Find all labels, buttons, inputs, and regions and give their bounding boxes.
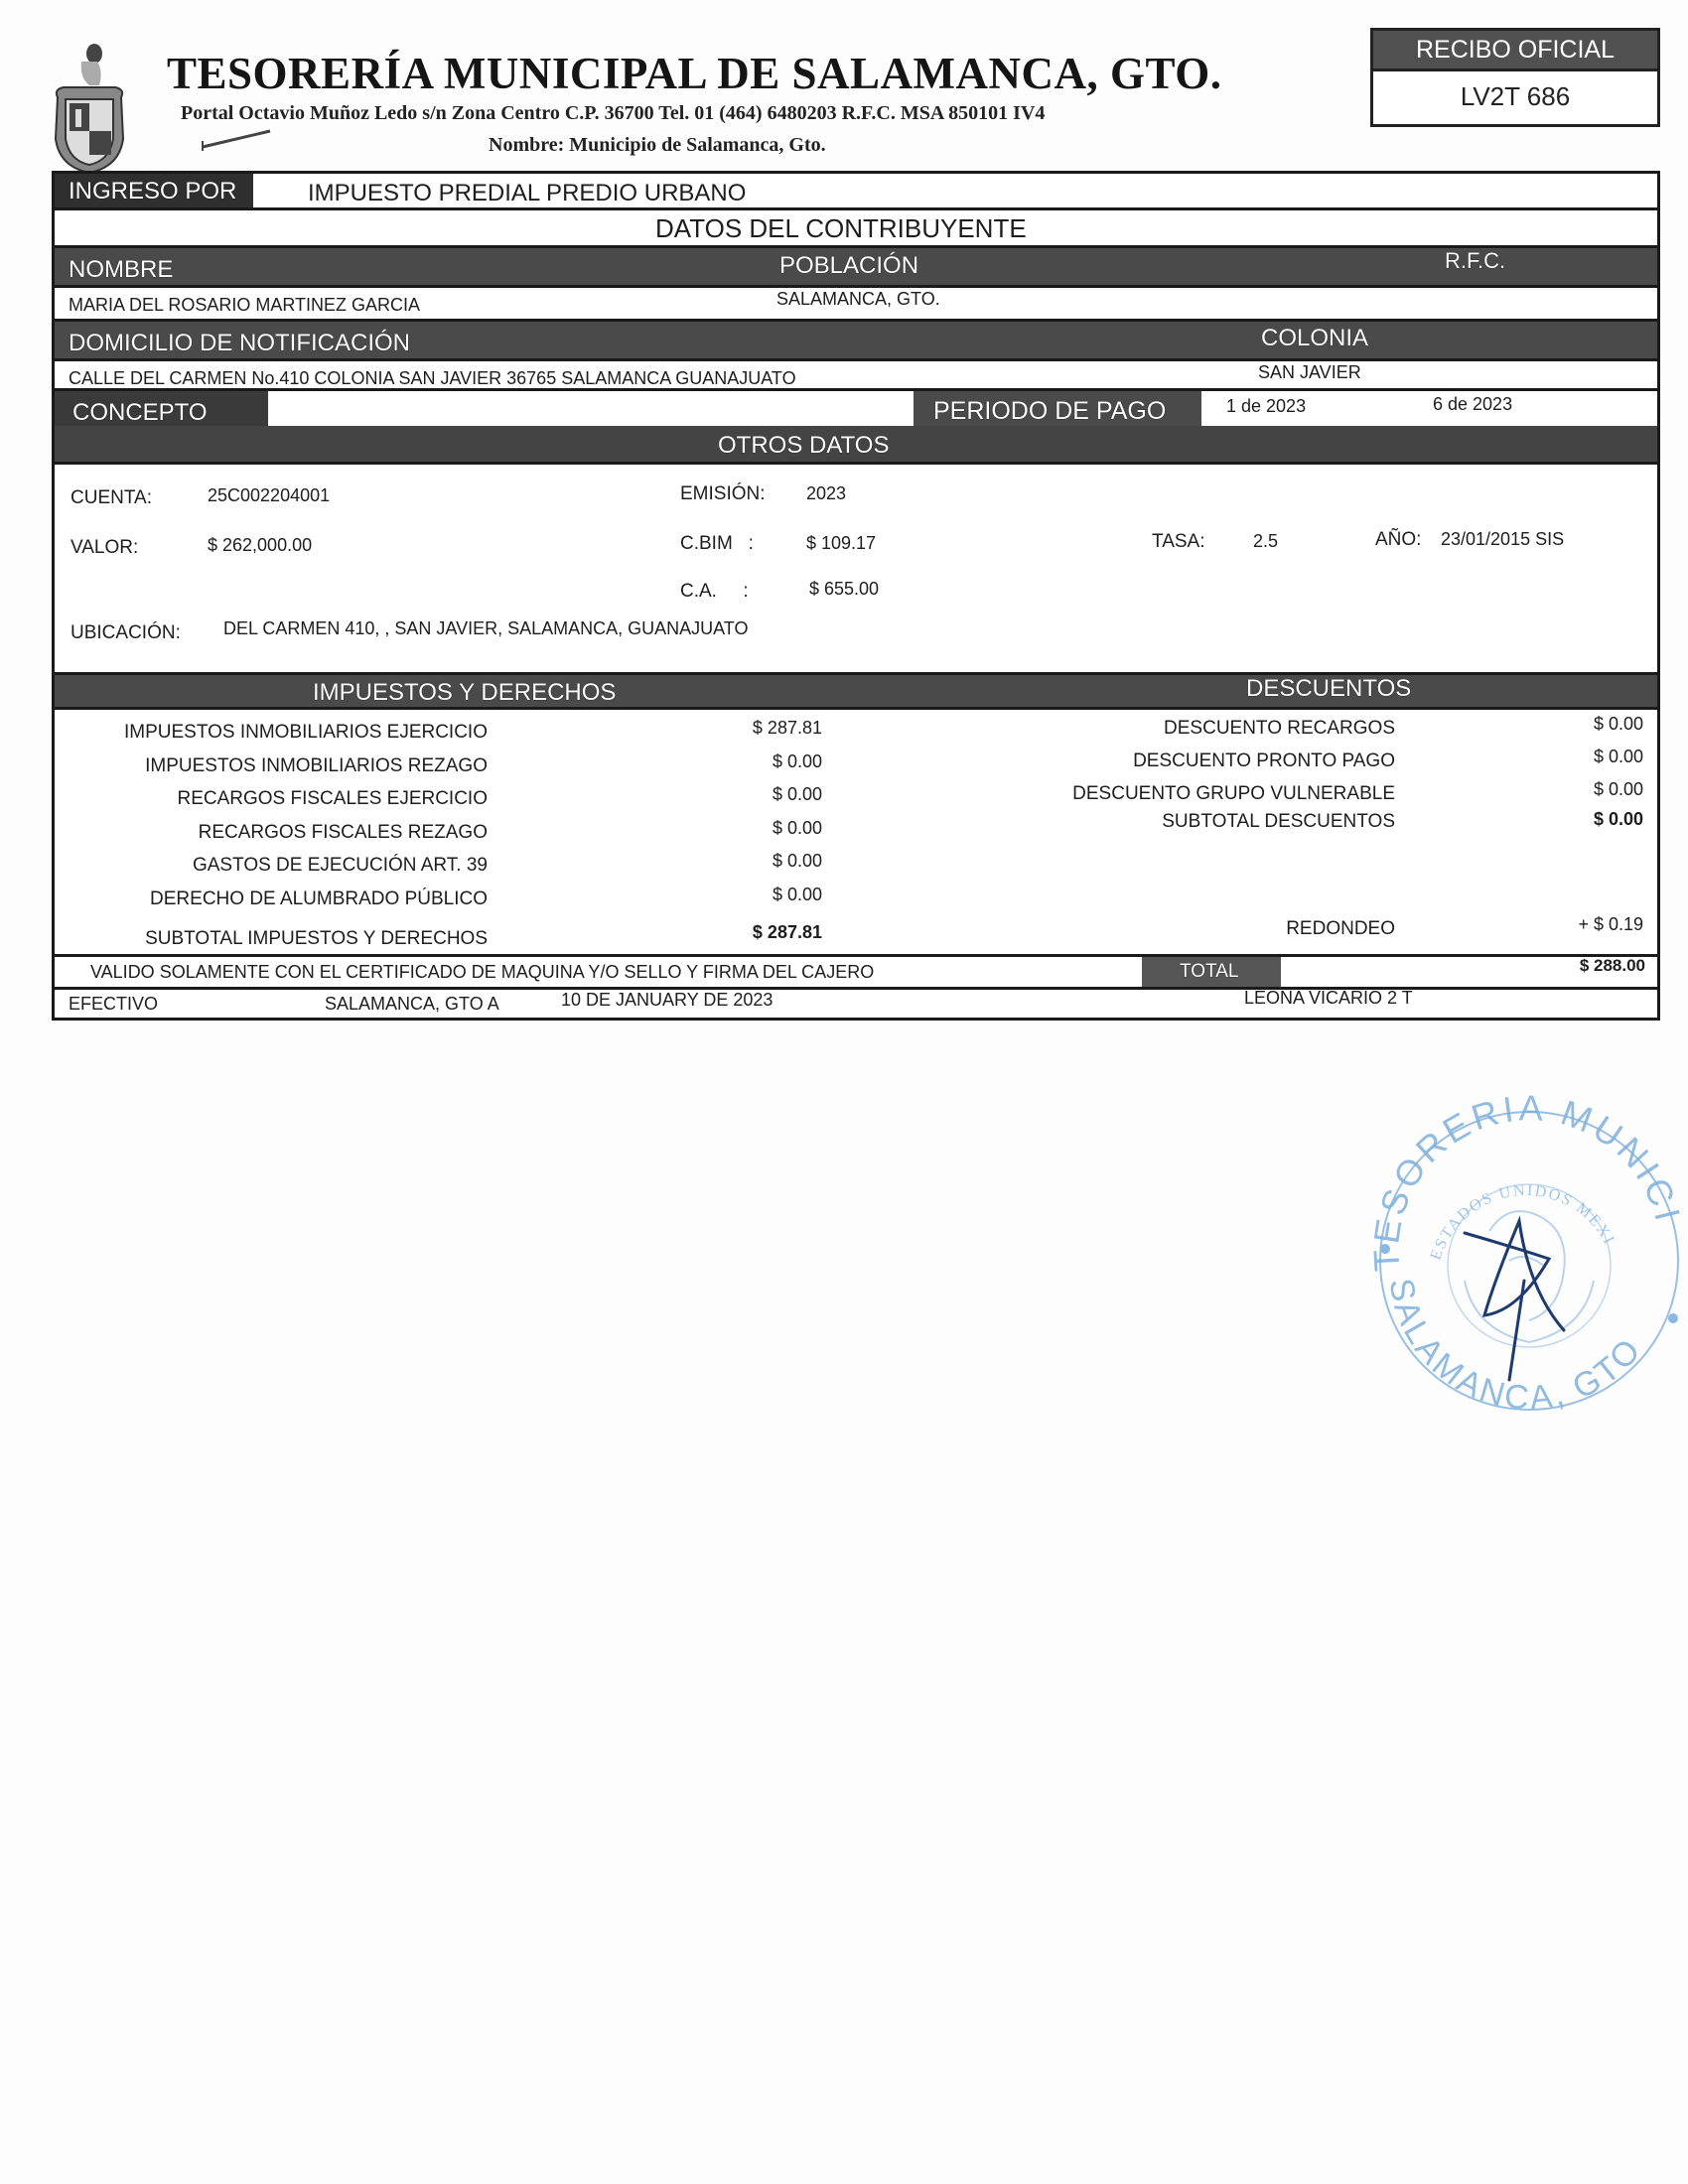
impuestos-subtotal-amount: $ 287.81 xyxy=(670,922,822,943)
total-amount: $ 288.00 xyxy=(1475,956,1645,976)
impuesto-amount: $ 0.00 xyxy=(670,885,822,905)
receipt-number: LV2T 686 xyxy=(1373,71,1657,121)
impuestos-title: IMPUESTOS Y DERECHOS xyxy=(313,679,616,707)
ca-label: C.A. : xyxy=(680,581,749,603)
total-label-cell: TOTAL xyxy=(1142,957,1281,987)
descuento-label: DESCUENTO RECARGOS xyxy=(948,718,1395,740)
nombre-label: NOMBRE xyxy=(69,256,173,284)
cbim-label: C.BIM : xyxy=(680,533,754,555)
divider xyxy=(55,285,1657,288)
descuento-amount: $ 0.00 xyxy=(1494,714,1643,735)
impuestos-descuentos-bar: IMPUESTOS Y DERECHOS DESCUENTOS xyxy=(55,672,1657,709)
ingreso-label: INGRESO POR xyxy=(69,178,236,205)
tasa-label: TASA: xyxy=(1152,531,1205,553)
domicilio-header-bar: DOMICILIO DE NOTIFICACIÓN COLONIA xyxy=(55,322,1657,358)
impuesto-amount: $ 0.00 xyxy=(670,851,822,872)
periodo-label: PERIODO DE PAGO xyxy=(933,397,1166,426)
anio-value: 23/01/2015 SIS xyxy=(1441,529,1564,550)
concepto-label: CONCEPTO xyxy=(72,399,208,427)
contribuyente-title: DATOS DEL CONTRIBUYENTE xyxy=(655,213,1027,244)
concepto-label-cell: CONCEPTO xyxy=(55,391,268,431)
impuesto-amount: $ 0.00 xyxy=(670,818,822,839)
valor-value: $ 262,000.00 xyxy=(208,535,312,556)
redondeo-amount: + $ 0.19 xyxy=(1494,914,1643,935)
otros-datos-bar: OTROS DATOS xyxy=(55,426,1657,462)
redondeo-label: REDONDEO xyxy=(948,918,1395,940)
ingreso-label-cell: INGRESO POR xyxy=(55,174,253,207)
validez-note: VALIDO SOLAMENTE CON EL CERTIFICADO DE M… xyxy=(90,962,874,983)
receipt-number-box: RECIBO OFICIAL LV2T 686 xyxy=(1370,28,1660,127)
caja: LEONA VICARIO 2 T xyxy=(1244,988,1413,1009)
impuesto-amount: $ 287.81 xyxy=(670,718,822,739)
divider xyxy=(55,987,1657,990)
divider xyxy=(55,462,1657,465)
emision-value: 2023 xyxy=(806,483,846,504)
ubicacion-value: DEL CARMEN 410, , SAN JAVIER, SALAMANCA,… xyxy=(223,618,748,639)
valor-label: VALOR: xyxy=(70,537,138,559)
colonia-value: SAN JAVIER xyxy=(1258,362,1361,383)
descuento-label: DESCUENTO GRUPO VULNERABLE xyxy=(948,783,1395,805)
issuer-name: Nombre: Municipio de Salamanca, Gto. xyxy=(489,134,826,157)
receipt-form: INGRESO POR IMPUESTO PREDIAL PREDIO URBA… xyxy=(52,171,1660,1021)
periodo-hasta: 6 de 2023 xyxy=(1433,394,1512,415)
cuenta-label: CUENTA: xyxy=(70,487,152,509)
descuentos-subtotal-amount: $ 0.00 xyxy=(1494,809,1643,830)
issuer-address: Portal Octavio Muñoz Ledo s/n Zona Centr… xyxy=(181,102,1045,125)
impuesto-amount: $ 0.00 xyxy=(670,784,822,805)
municipal-crest-icon xyxy=(50,40,129,179)
nombre-value: MARIA DEL ROSARIO MARTINEZ GARCIA xyxy=(69,295,420,316)
divider xyxy=(55,707,1657,710)
divider xyxy=(55,388,1657,391)
forma-pago: EFECTIVO xyxy=(69,994,158,1015)
impuesto-label: IMPUESTOS INMOBILIARIOS REZAGO xyxy=(55,755,488,777)
poblacion-label: POBLACIÓN xyxy=(779,252,918,280)
impuestos-subtotal-label: SUBTOTAL IMPUESTOS Y DERECHOS xyxy=(55,928,488,950)
impuesto-amount: $ 0.00 xyxy=(670,751,822,772)
colonia-label: COLONIA xyxy=(1261,325,1368,352)
signature xyxy=(1465,1221,1564,1380)
rfc-label: R.F.C. xyxy=(1445,248,1505,274)
lugar: SALAMANCA, GTO A xyxy=(325,994,499,1015)
official-stamp-icon: TESORERIA MUNICIPAL SALAMANCA, GTO ESTAD… xyxy=(1360,1082,1688,1439)
descuentos-title: DESCUENTOS xyxy=(1246,675,1411,703)
descuento-amount: $ 0.00 xyxy=(1494,747,1643,767)
divider xyxy=(55,954,1657,957)
impuesto-label: RECARGOS FISCALES EJERCICIO xyxy=(55,788,488,810)
ubicacion-label: UBICACIÓN: xyxy=(70,622,181,644)
total-label: TOTAL xyxy=(1180,961,1238,983)
periodo-label-cell: PERIODO DE PAGO xyxy=(914,391,1201,431)
poblacion-value: SALAMANCA, GTO. xyxy=(776,289,940,310)
receipt-label: RECIBO OFICIAL xyxy=(1373,31,1657,71)
impuesto-label: DERECHO DE ALUMBRADO PÚBLICO xyxy=(55,888,488,910)
domicilio-label: DOMICILIO DE NOTIFICACIÓN xyxy=(69,330,410,357)
cbim-value: $ 109.17 xyxy=(806,533,876,554)
contribuyente-header-bar: NOMBRE POBLACIÓN R.F.C. xyxy=(55,248,1657,285)
descuento-label: DESCUENTO PRONTO PAGO xyxy=(948,751,1395,772)
fecha: 10 DE JANUARY DE 2023 xyxy=(561,990,773,1011)
descuentos-subtotal-label: SUBTOTAL DESCUENTOS xyxy=(948,811,1395,833)
impuesto-label: IMPUESTOS INMOBILIARIOS EJERCICIO xyxy=(55,722,488,744)
cuenta-value: 25C002204001 xyxy=(208,485,330,506)
impuesto-label: RECARGOS FISCALES REZAGO xyxy=(55,822,488,844)
anio-label: AÑO: xyxy=(1375,529,1421,551)
emision-label: EMISIÓN: xyxy=(680,483,766,505)
tasa-value: 2.5 xyxy=(1253,531,1278,552)
ca-value: $ 655.00 xyxy=(809,579,879,600)
otros-datos-title: OTROS DATOS xyxy=(718,432,889,460)
impuesto-label: GASTOS DE EJECUCIÓN ART. 39 xyxy=(55,855,488,877)
issuer-title: TESORERÍA MUNICIPAL DE SALAMANCA, GTO. xyxy=(167,48,1221,99)
divider xyxy=(55,358,1657,361)
pen-mark-icon xyxy=(197,127,276,151)
divider xyxy=(55,207,1657,210)
periodo-desde: 1 de 2023 xyxy=(1226,396,1306,417)
ingreso-value: IMPUESTO PREDIAL PREDIO URBANO xyxy=(308,180,746,207)
descuento-amount: $ 0.00 xyxy=(1494,779,1643,800)
domicilio-value: CALLE DEL CARMEN No.410 COLONIA SAN JAVI… xyxy=(69,368,796,389)
